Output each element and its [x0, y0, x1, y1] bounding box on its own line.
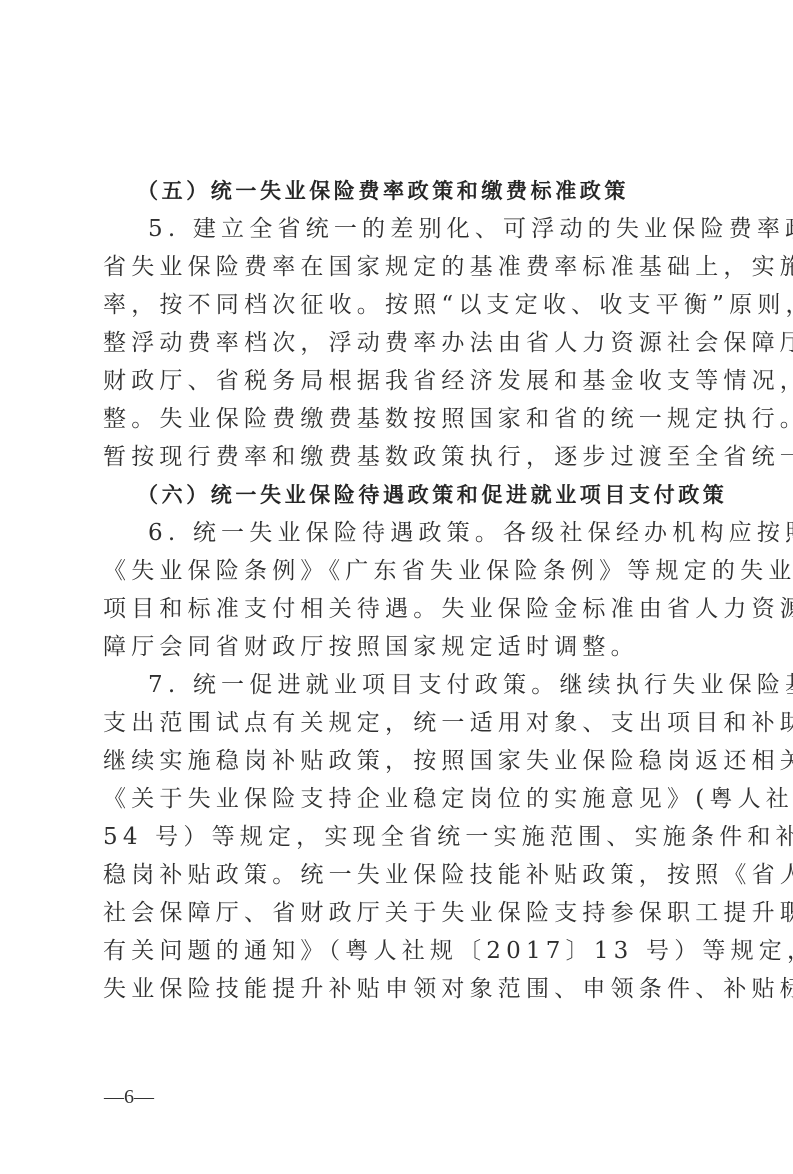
paragraph-line: 项目和标准支付相关待遇。失业保险金标准由省人力资源社会保	[103, 590, 723, 628]
paragraph-line: 有关问题的通知》（粤人社规〔2017〕13 号）等规定，统一全省	[103, 932, 723, 970]
paragraph-line: 财政厅、省税务局根据我省经济发展和基金收支等情况，适时调	[103, 362, 723, 400]
paragraph-line: 支出范围试点有关规定，统一适用对象、支出项目和补助标准。	[103, 704, 723, 742]
paragraph-line: 整。失业保险费缴费基数按照国家和省的统一规定执行。深圳市	[103, 400, 723, 438]
section-heading-6: （六）统一失业保险待遇政策和促进就业项目支付政策	[103, 476, 723, 514]
paragraph-line: 省失业保险费率在国家规定的基准费率标准基础上，实施浮动费	[103, 248, 723, 286]
paragraph-line: 社会保障厅、省财政厅关于失业保险支持参保职工提升职业技能	[103, 894, 723, 932]
paragraph-line: 7. 统一促进就业项目支付政策。继续执行失业保险基金扩大	[103, 666, 723, 704]
paragraph-line: 5. 建立全省统一的差别化、可浮动的失业保险费率政策。全	[103, 210, 723, 248]
paragraph-line: 稳岗补贴政策。统一失业保险技能补贴政策，按照《省人力资源	[103, 856, 723, 894]
paragraph-5: 5. 建立全省统一的差别化、可浮动的失业保险费率政策。全 省失业保险费率在国家规…	[103, 210, 723, 476]
page-number: —6—	[104, 1086, 154, 1109]
section-heading-5: （五）统一失业保险费率政策和缴费标准政策	[103, 172, 723, 210]
paragraph-line: 54 号）等规定，实现全省统一实施范围、实施条件和补贴标准的	[103, 818, 723, 856]
paragraph-6: 6. 统一失业保险待遇政策。各级社保经办机构应按照国务院 《失业保险条例》《广东…	[103, 514, 723, 666]
paragraph-line: 整浮动费率档次，浮动费率办法由省人力资源社会保障厅会同省	[103, 324, 723, 362]
paragraph-line: 继续实施稳岗补贴政策，按照国家失业保险稳岗返还相关精神及	[103, 742, 723, 780]
document-page: （五）统一失业保险费率政策和缴费标准政策 5. 建立全省统一的差别化、可浮动的失…	[103, 172, 723, 1008]
paragraph-line: 失业保险技能提升补贴申领对象范围、申领条件、补贴标准和经	[103, 970, 723, 1008]
paragraph-line: 《关于失业保险支持企业稳定岗位的实施意见》(粤人社发〔2015〕	[103, 780, 723, 818]
paragraph-line: 暂按现行费率和缴费基数政策执行，逐步过渡至全省统一标准。	[103, 438, 723, 476]
paragraph-line: 6. 统一失业保险待遇政策。各级社保经办机构应按照国务院	[103, 514, 723, 552]
paragraph-7: 7. 统一促进就业项目支付政策。继续执行失业保险基金扩大 支出范围试点有关规定，…	[103, 666, 723, 1008]
paragraph-line: 《失业保险条例》《广东省失业保险条例》等规定的失业保险待遇	[103, 552, 723, 590]
paragraph-line: 障厅会同省财政厅按照国家规定适时调整。	[103, 628, 723, 666]
paragraph-line: 率，按不同档次征收。按照“以支定收、收支平衡”原则，定期调	[103, 286, 723, 324]
